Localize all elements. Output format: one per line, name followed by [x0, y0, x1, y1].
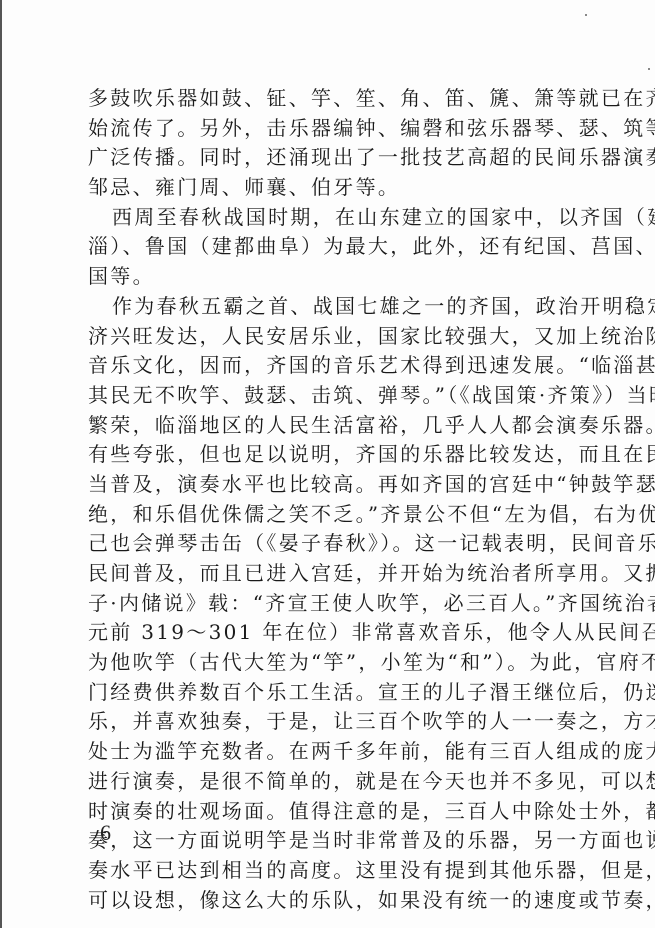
text-line: 子·内储说》载：“齐宣王使人吹竽，必三百人。”齐国统治者宣王（公 [88, 589, 580, 619]
text-line: 始流传了。另外，击乐器编钟、编磬和弦乐器琴、瑟、筑等也在民间 [88, 114, 580, 144]
text-line: 多鼓吹乐器如鼓、钲、竽、笙、角、笛、篪、箫等就已在齐鲁大地上开 [88, 84, 580, 114]
scan-speck [585, 14, 587, 16]
text-line: 奏水平已达到相当的高度。这里没有提到其他乐器，但是，我们还 [88, 856, 580, 886]
page-number: 6 [100, 820, 111, 846]
text-line: 绝，和乐倡优侏儒之笑不乏。”齐景公不但“左为倡，右为优”而且自 [88, 500, 580, 530]
text-line: 元前 319～301 年在位）非常喜欢音乐，他令人从民间召来三百人 [88, 618, 580, 648]
text-line: 可以设想，像这么大的乐队，如果没有统一的速度或节奏，那是不 [88, 886, 580, 916]
text-line: 有些夸张，但也足以说明，齐国的乐器比较发达，而且在民间也相 [88, 440, 580, 470]
text-line: 民间普及，而且已进入宫廷，并开始为统治者所享用。又据《韩非 [88, 559, 580, 589]
text-line: 邹忌、雍门周、师襄、伯牙等。 [88, 173, 580, 203]
text-line: 奏，这一方面说明竽是当时非常普及的乐器，另一方面也说明了演 [88, 826, 580, 856]
text-line: 国等。 [88, 262, 580, 292]
scan-speck [648, 68, 650, 70]
scan-speck [236, 255, 238, 257]
text-line: 其民无不吹竽、鼓瑟、击筑、弹琴。”（《战国策·齐策》）当时齐国经济 [88, 381, 580, 411]
page-left-edge [0, 0, 2, 928]
text-line: 时演奏的壮观场面。值得注意的是，三百人中除处士外，都能独 [88, 797, 580, 827]
text-line: 为他吹竽（古代大笙为“竽”，小笙为“和”）。为此，官府不惜拿出专 [88, 648, 580, 678]
text-line: 己也会弹琴击缶（《晏子春秋》）。这一记载表明，民间音乐不仅在 [88, 529, 580, 559]
text-line: 乐，并喜欢独奏，于是，让三百个吹竽的人一一奏之，方才发现南郭 [88, 707, 580, 737]
text-line: 西周至春秋战国时期，在山东建立的国家中，以齐国（建都临 [88, 203, 580, 233]
text-line: 淄）、鲁国（建都曲阜）为最大，此外，还有纪国、莒国、郯国、滕国、邾 [88, 232, 580, 262]
text-line: 作为春秋五霸之首、战国七雄之一的齐国，政治开明稳定，经 [88, 292, 580, 322]
text-line: 济兴旺发达，人民安居乐业，国家比较强大，又加上统治阶级重视 [88, 322, 580, 352]
page-body-text: 多鼓吹乐器如鼓、钲、竽、笙、角、笛、篪、箫等就已在齐鲁大地上开 始流传了。另外，… [88, 84, 580, 915]
text-line: 进行演奏，是很不简单的，就是在今天也并不多见，可以想像到当 [88, 767, 580, 797]
text-line: 处士为滥竽充数者。在两千多年前，能有三百人组成的庞大乐队 [88, 737, 580, 767]
text-line: 当普及，演奏水平也比较高。再如齐国的宫廷中“钟鼓竽瑟之声不 [88, 470, 580, 500]
text-line: 门经费供养数百个乐工生活。宣王的儿子湣王继位后，仍迷恋音 [88, 678, 580, 708]
text-line: 音乐文化，因而，齐国的音乐艺术得到迅速发展。“临淄甚富而实， [88, 351, 580, 381]
scan-speck [617, 607, 619, 609]
text-line: 广泛传播。同时，还涌现出了一批技艺高超的民间乐器演奏家，如 [88, 143, 580, 173]
text-line: 繁荣，临淄地区的人民生活富裕，几乎人人都会演奏乐器。此说虽 [88, 411, 580, 441]
